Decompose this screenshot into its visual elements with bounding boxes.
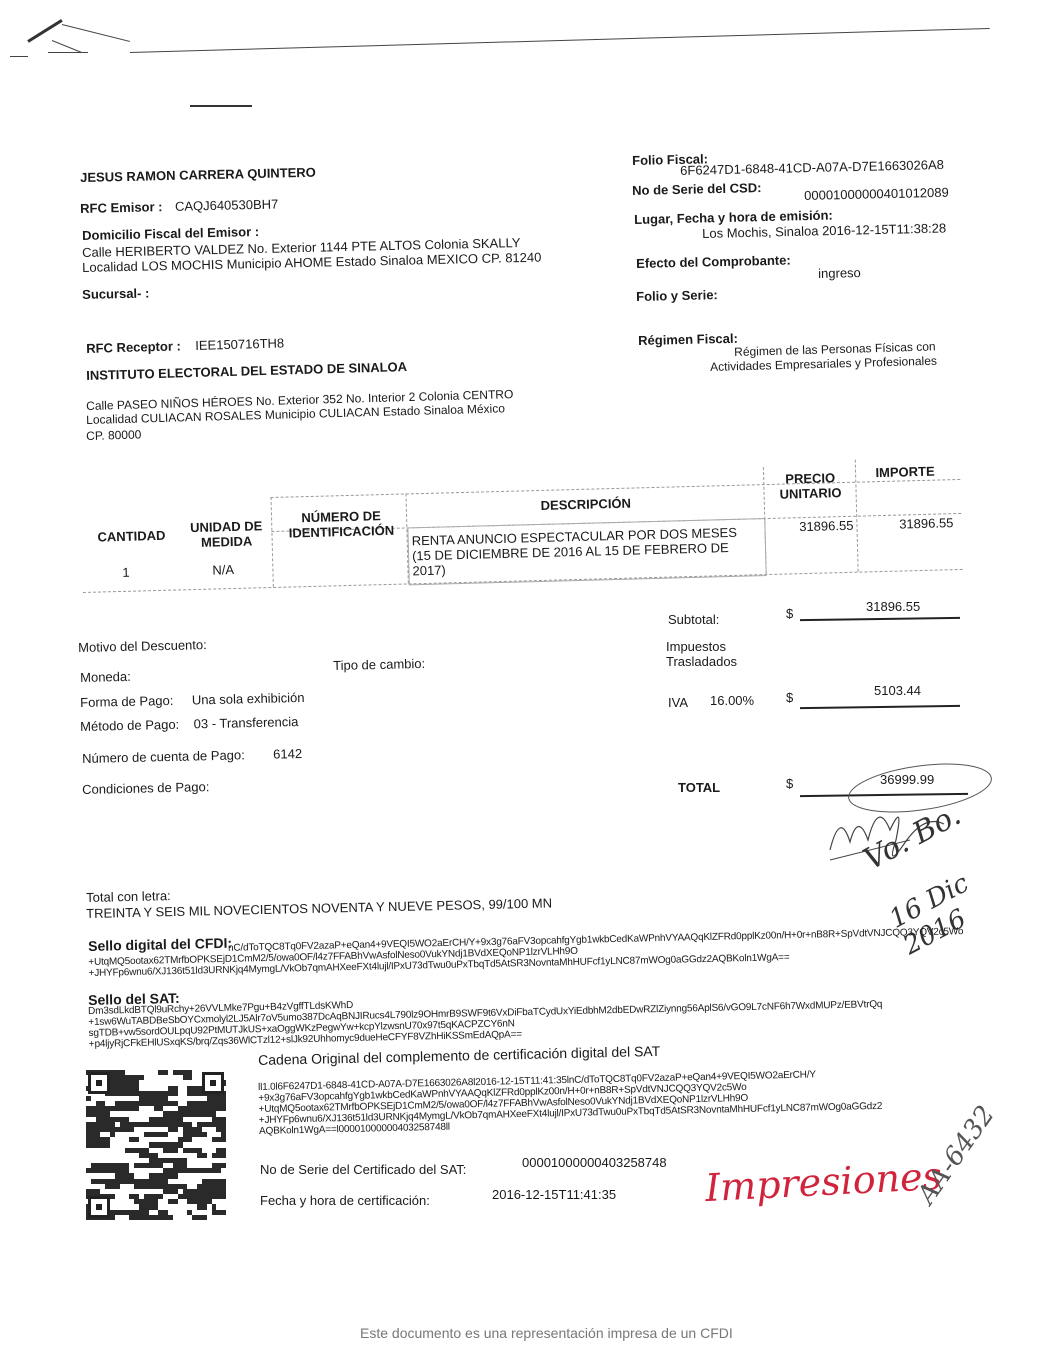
row-importe: 31896.55 [861,515,953,532]
cuenta-pago-row: Número de cuenta de Pago: 6142 [82,745,302,768]
serie-csd: 00001000000401012089 [804,185,949,203]
iva-currency: $ [786,690,793,705]
forma-pago: Una sola exhibición [192,690,305,708]
header-cantidad: CANTIDAD [91,528,171,545]
header-unidad-line2: MEDIDA [181,533,271,550]
header-numero-line2: IDENTIFICACIÓN [281,523,401,541]
items-table: CANTIDAD UNIDAD DE MEDIDA NÚMERO DE IDEN… [80,457,963,610]
folio-fiscal: 6F6247D1-6848-41CD-A07A-D7E1663026A8 [680,157,944,178]
metodo-pago-label: Método de Pago: [80,717,179,734]
receptor-name: INSTITUTO ELECTORAL DEL ESTADO DE SINALO… [86,359,407,383]
row-descripcion-line3: 2017) [412,562,446,578]
emisor-rfc-label: RFC Emisor : [80,199,163,216]
serie-sat: 00001000000403258748 [522,1155,667,1170]
row-cantidad: 1 [122,565,130,580]
header-unidad-line1: UNIDAD DE [181,518,271,535]
receptor-rfc-row: RFC Receptor : IEE150716TH8 [86,334,284,358]
impuestos-label-line2: Trasladados [666,654,737,669]
receptor-domicilio-line3: CP. 80000 [86,427,142,443]
emisor-domicilio-label: Domicilio Fiscal del Emisor : [82,224,259,243]
tipo-cambio-label: Tipo de cambio: [333,656,425,673]
subtotal-value: 31896.55 [866,599,920,614]
header-descripcion: DESCRIPCIÓN [411,492,761,516]
fecha-certificacion: 2016-12-15T11:41:35 [492,1187,616,1202]
qr-finder-top-right [202,1072,224,1094]
row-unidad: N/A [212,562,234,578]
header-precio: PRECIO UNITARIO [766,470,855,502]
regimen-label: Régimen Fiscal: [638,331,738,348]
serie-csd-label: No de Serie del CSD: [632,180,762,198]
iva-label: IVA [668,695,688,710]
footer-note: Este documento es una representación imp… [360,1325,733,1341]
forma-pago-label: Forma de Pago: [80,693,174,710]
receptor-rfc: IEE150716TH8 [195,335,284,352]
cuenta-pago: 6142 [273,746,302,762]
row-precio-unitario: 31896.55 [781,518,853,535]
cadena-original-label: Cadena Original del complemento de certi… [258,1043,660,1068]
receptor-rfc-label: RFC Receptor : [86,338,181,356]
subtotal-currency: $ [786,606,793,621]
efecto-label: Efecto del Comprobante: [636,252,791,271]
emisor-rfc-row: RFC Emisor : CAQJ640530BH7 [80,196,278,218]
header-importe: IMPORTE [860,463,950,480]
sello-sat-block: Dm3sdLkdBTQl9uRchy+26VVLMke7Pgu+B4zVgffT… [88,986,969,1050]
metodo-pago-row: Método de Pago: 03 - Transferencia [80,713,299,736]
total-label: TOTAL [678,780,720,795]
motivo-descuento-label: Motivo del Descuento: [78,637,207,655]
total-letra-label: Total con letra: [86,888,171,905]
total-currency: $ [786,776,793,791]
qr-finder-top-left [88,1072,110,1094]
header-precio-line2: UNITARIO [766,485,854,502]
condiciones-pago-label: Condiciones de Pago: [82,779,210,797]
emisor-name: JESUS RAMON CARRERA QUINTERO [80,165,316,185]
header-numero: NÚMERO DE IDENTIFICACIÓN [281,508,402,541]
emisor-rfc: CAQJ640530BH7 [175,197,279,214]
subtotal-label: Subtotal: [668,612,719,627]
iva-value: 5103.44 [874,683,921,698]
serie-sat-label: No de Serie del Certificado del SAT: [260,1162,466,1177]
moneda-label: Moneda: [80,669,131,685]
cuenta-pago-label: Número de cuenta de Pago: [82,747,245,766]
impuestos-label-line1: Impuestos [666,639,726,654]
qr-finder-bottom-left [88,1196,110,1218]
iva-rate: 16.00% [710,693,754,708]
cadena-original-block: ll1.0l6F6247D1-6848-41CD-A07A-D7E1663026… [258,1066,959,1137]
fecha-certificacion-label: Fecha y hora de certificación: [260,1193,430,1208]
emisor-sucursal-label: Sucursal- : [82,285,150,302]
header-unidad: UNIDAD DE MEDIDA [181,518,272,550]
metodo-pago: 03 - Transferencia [193,714,298,731]
folio-serie-label: Folio y Serie: [636,287,718,304]
impresiones-handwriting: Impresiones [704,1154,943,1210]
forma-pago-row: Forma de Pago: Una sola exhibición [80,689,305,712]
efecto: ingreso [818,265,861,281]
